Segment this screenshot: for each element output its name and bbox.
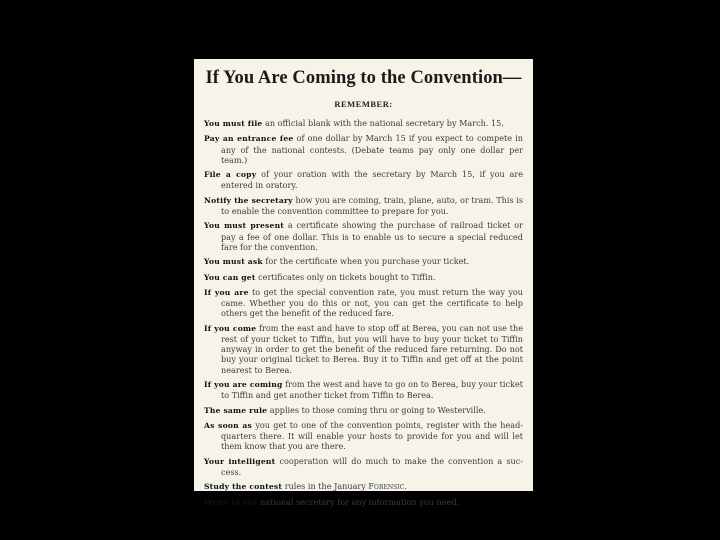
item-text: an official blank with the national secr…	[262, 118, 503, 128]
item-lead: File a copy	[204, 170, 256, 179]
list-item: You can get certificates only on tickets…	[204, 272, 523, 283]
item-text: for the certificate when you purchase yo…	[263, 256, 469, 266]
instruction-list: You must file an official blank with the…	[204, 118, 523, 508]
item-tail: .	[404, 481, 407, 491]
document-page: If You Are Coming to the Convention— REM…	[194, 59, 533, 491]
item-lead: Notify the secretary	[204, 196, 293, 205]
list-item: Pay an entrance fee of one dollar by Mar…	[204, 133, 523, 165]
list-item: Your intelligent cooperation will do muc…	[204, 456, 523, 477]
item-text: from the east and have to stop off at Be…	[221, 323, 523, 375]
item-lead: Write to the	[204, 498, 258, 507]
item-lead: If you come	[204, 324, 256, 333]
page-title: If You Are Coming to the Convention—	[204, 66, 523, 90]
list-item: As soon as you get to one of the convent…	[204, 420, 523, 452]
publication-name: Forensic	[368, 481, 404, 491]
item-lead: You can get	[204, 273, 256, 282]
item-text: national secretary for any information y…	[258, 497, 460, 507]
list-item: If you are to get the special convention…	[204, 287, 523, 319]
list-item: If you come from the east and have to st…	[204, 323, 523, 375]
item-text: certificates only on tickets bought to T…	[256, 272, 436, 282]
list-item: File a copy of your oration with the sec…	[204, 169, 523, 190]
item-lead: You must ask	[204, 257, 263, 266]
item-text: of your oration with the secretary by Ma…	[221, 169, 523, 190]
list-item: Notify the secretary how you are coming,…	[204, 195, 523, 216]
item-lead: Pay an entrance fee	[204, 134, 293, 143]
item-lead: Study the contest	[204, 482, 282, 491]
list-item: If you are coming from the west and have…	[204, 379, 523, 400]
item-text: rules in the January	[282, 481, 368, 491]
list-item: You must file an official blank with the…	[204, 118, 523, 129]
item-lead: The same rule	[204, 406, 267, 415]
item-lead: You must file	[204, 119, 262, 128]
item-lead: You must present	[204, 221, 284, 230]
item-text: applies to those coming thru or going to…	[267, 405, 486, 415]
item-lead: If you are coming	[204, 380, 283, 389]
item-lead: Your intelligent	[204, 457, 275, 466]
item-lead: As soon as	[204, 421, 252, 430]
subtitle: REMEMBER:	[204, 99, 523, 109]
item-lead: If you are	[204, 288, 249, 297]
list-item: The same rule applies to those coming th…	[204, 405, 523, 416]
list-item: You must ask for the certificate when yo…	[204, 256, 523, 267]
list-item: Write to the national secretary for any …	[204, 497, 523, 508]
item-text: to get the special convention rate, you …	[221, 287, 523, 318]
list-item: You must present a certificate showing t…	[204, 220, 523, 252]
item-text: you get to one of the convention points,…	[221, 420, 523, 451]
list-item: Study the contest rules in the January F…	[204, 481, 523, 492]
